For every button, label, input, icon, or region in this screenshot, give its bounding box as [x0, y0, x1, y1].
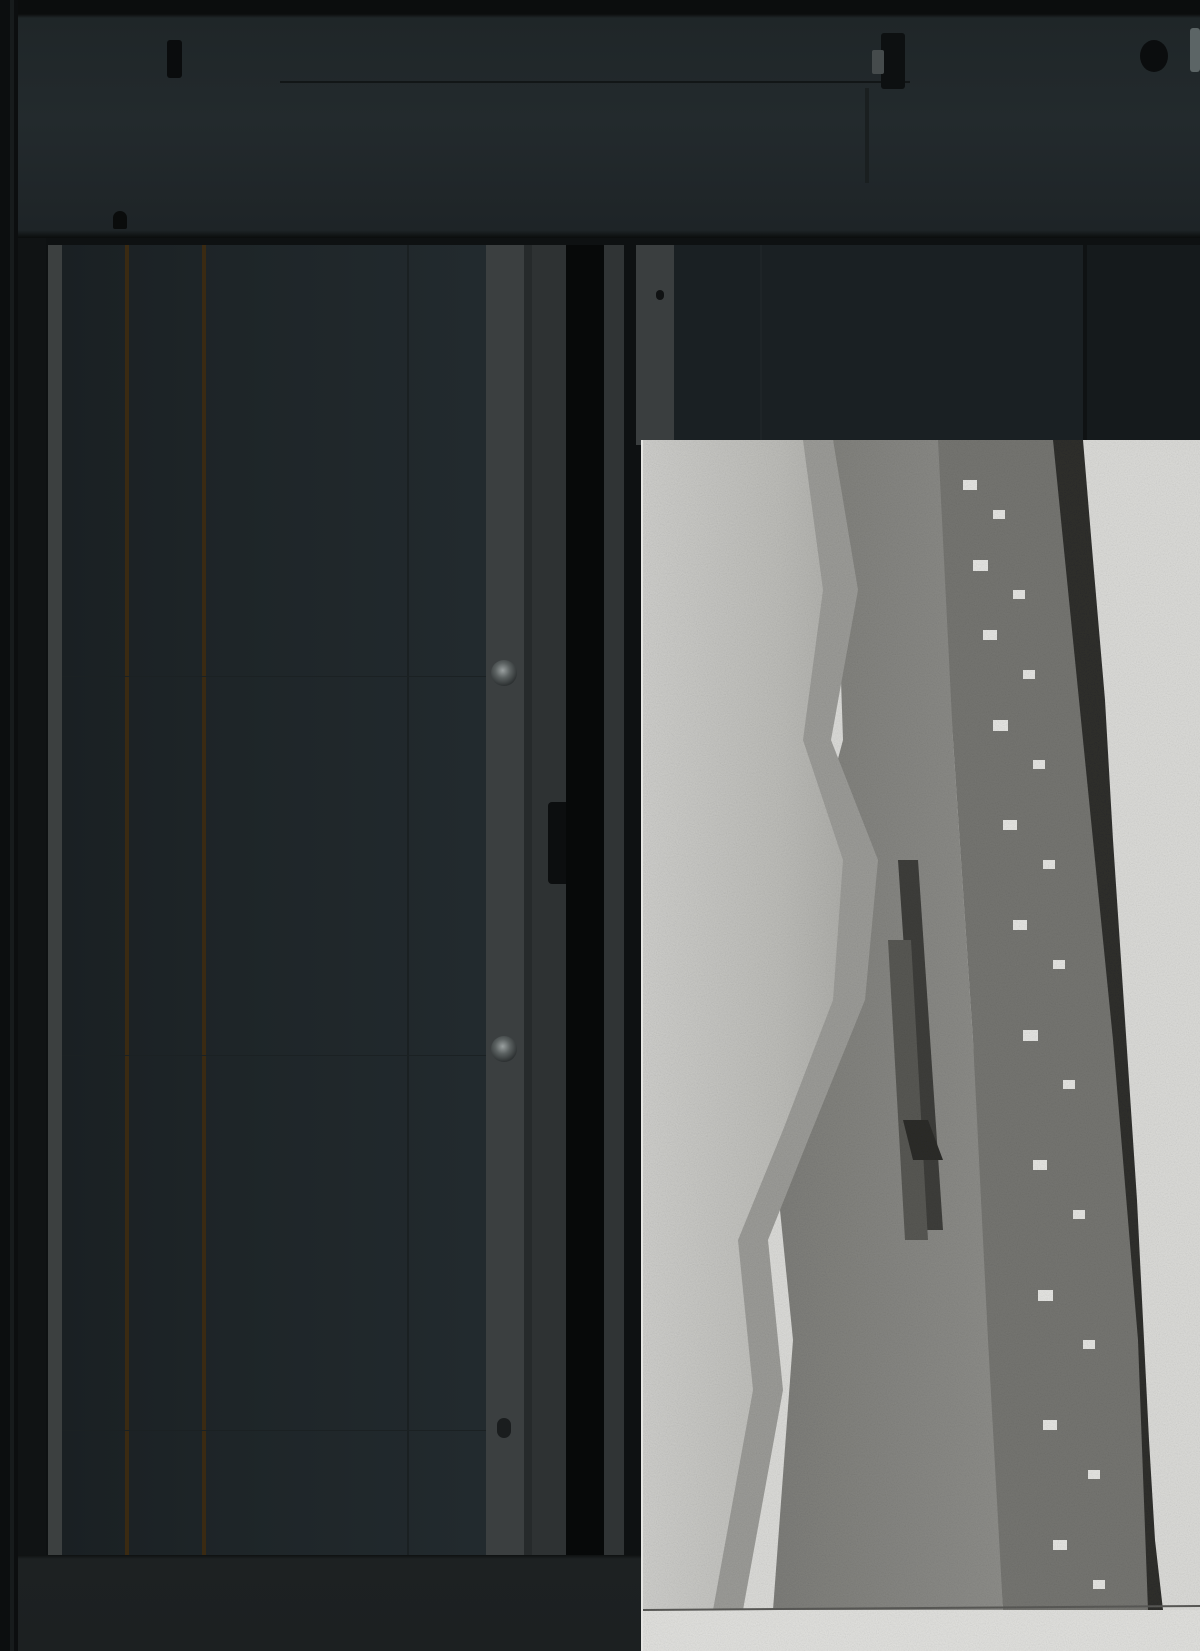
photo-border — [643, 1610, 1200, 1651]
screw-icon — [491, 1036, 517, 1062]
amber-stripe — [125, 245, 129, 1555]
scanned-photograph — [643, 440, 1200, 1651]
holder-rail — [532, 245, 566, 1555]
film-holder-clip-stem — [865, 88, 869, 183]
holder-rail-shadow — [524, 245, 532, 1555]
amber-stripe — [202, 245, 206, 1555]
film-holder-pin — [1190, 28, 1200, 72]
film-holder-clip-tab — [872, 50, 884, 74]
film-holder-slot — [167, 40, 182, 78]
glass-seam — [760, 245, 762, 445]
scanner-left-rail — [0, 0, 18, 1651]
holder-rail — [604, 245, 624, 1555]
film-holder-notch — [113, 211, 127, 229]
holder-frame-strip — [48, 245, 62, 1555]
holder-rail — [636, 245, 674, 445]
glass-seam — [62, 676, 486, 677]
glass-seam — [407, 245, 409, 1555]
glass-seam — [62, 1430, 486, 1431]
holder-rail-gap — [566, 245, 604, 1555]
screw-icon — [491, 660, 517, 686]
film-holder-hole — [1140, 40, 1168, 72]
scanner-glass-right-edge — [1087, 245, 1200, 445]
holder-rail — [486, 245, 526, 1555]
film-holder-groove — [280, 81, 910, 83]
scanner-glass-right — [674, 245, 1084, 445]
glass-seam — [62, 1055, 486, 1056]
scanner-left-rail-edge — [10, 0, 14, 1651]
holder-rail-notch — [548, 802, 566, 884]
film-holder-top-bar — [18, 0, 1200, 238]
holder-rail-hole — [656, 290, 664, 300]
holder-frame-left — [18, 238, 46, 1558]
screw-hole — [497, 1418, 511, 1438]
film-holder-bottom-bar — [18, 1555, 648, 1651]
film-holder-clip — [881, 33, 905, 89]
